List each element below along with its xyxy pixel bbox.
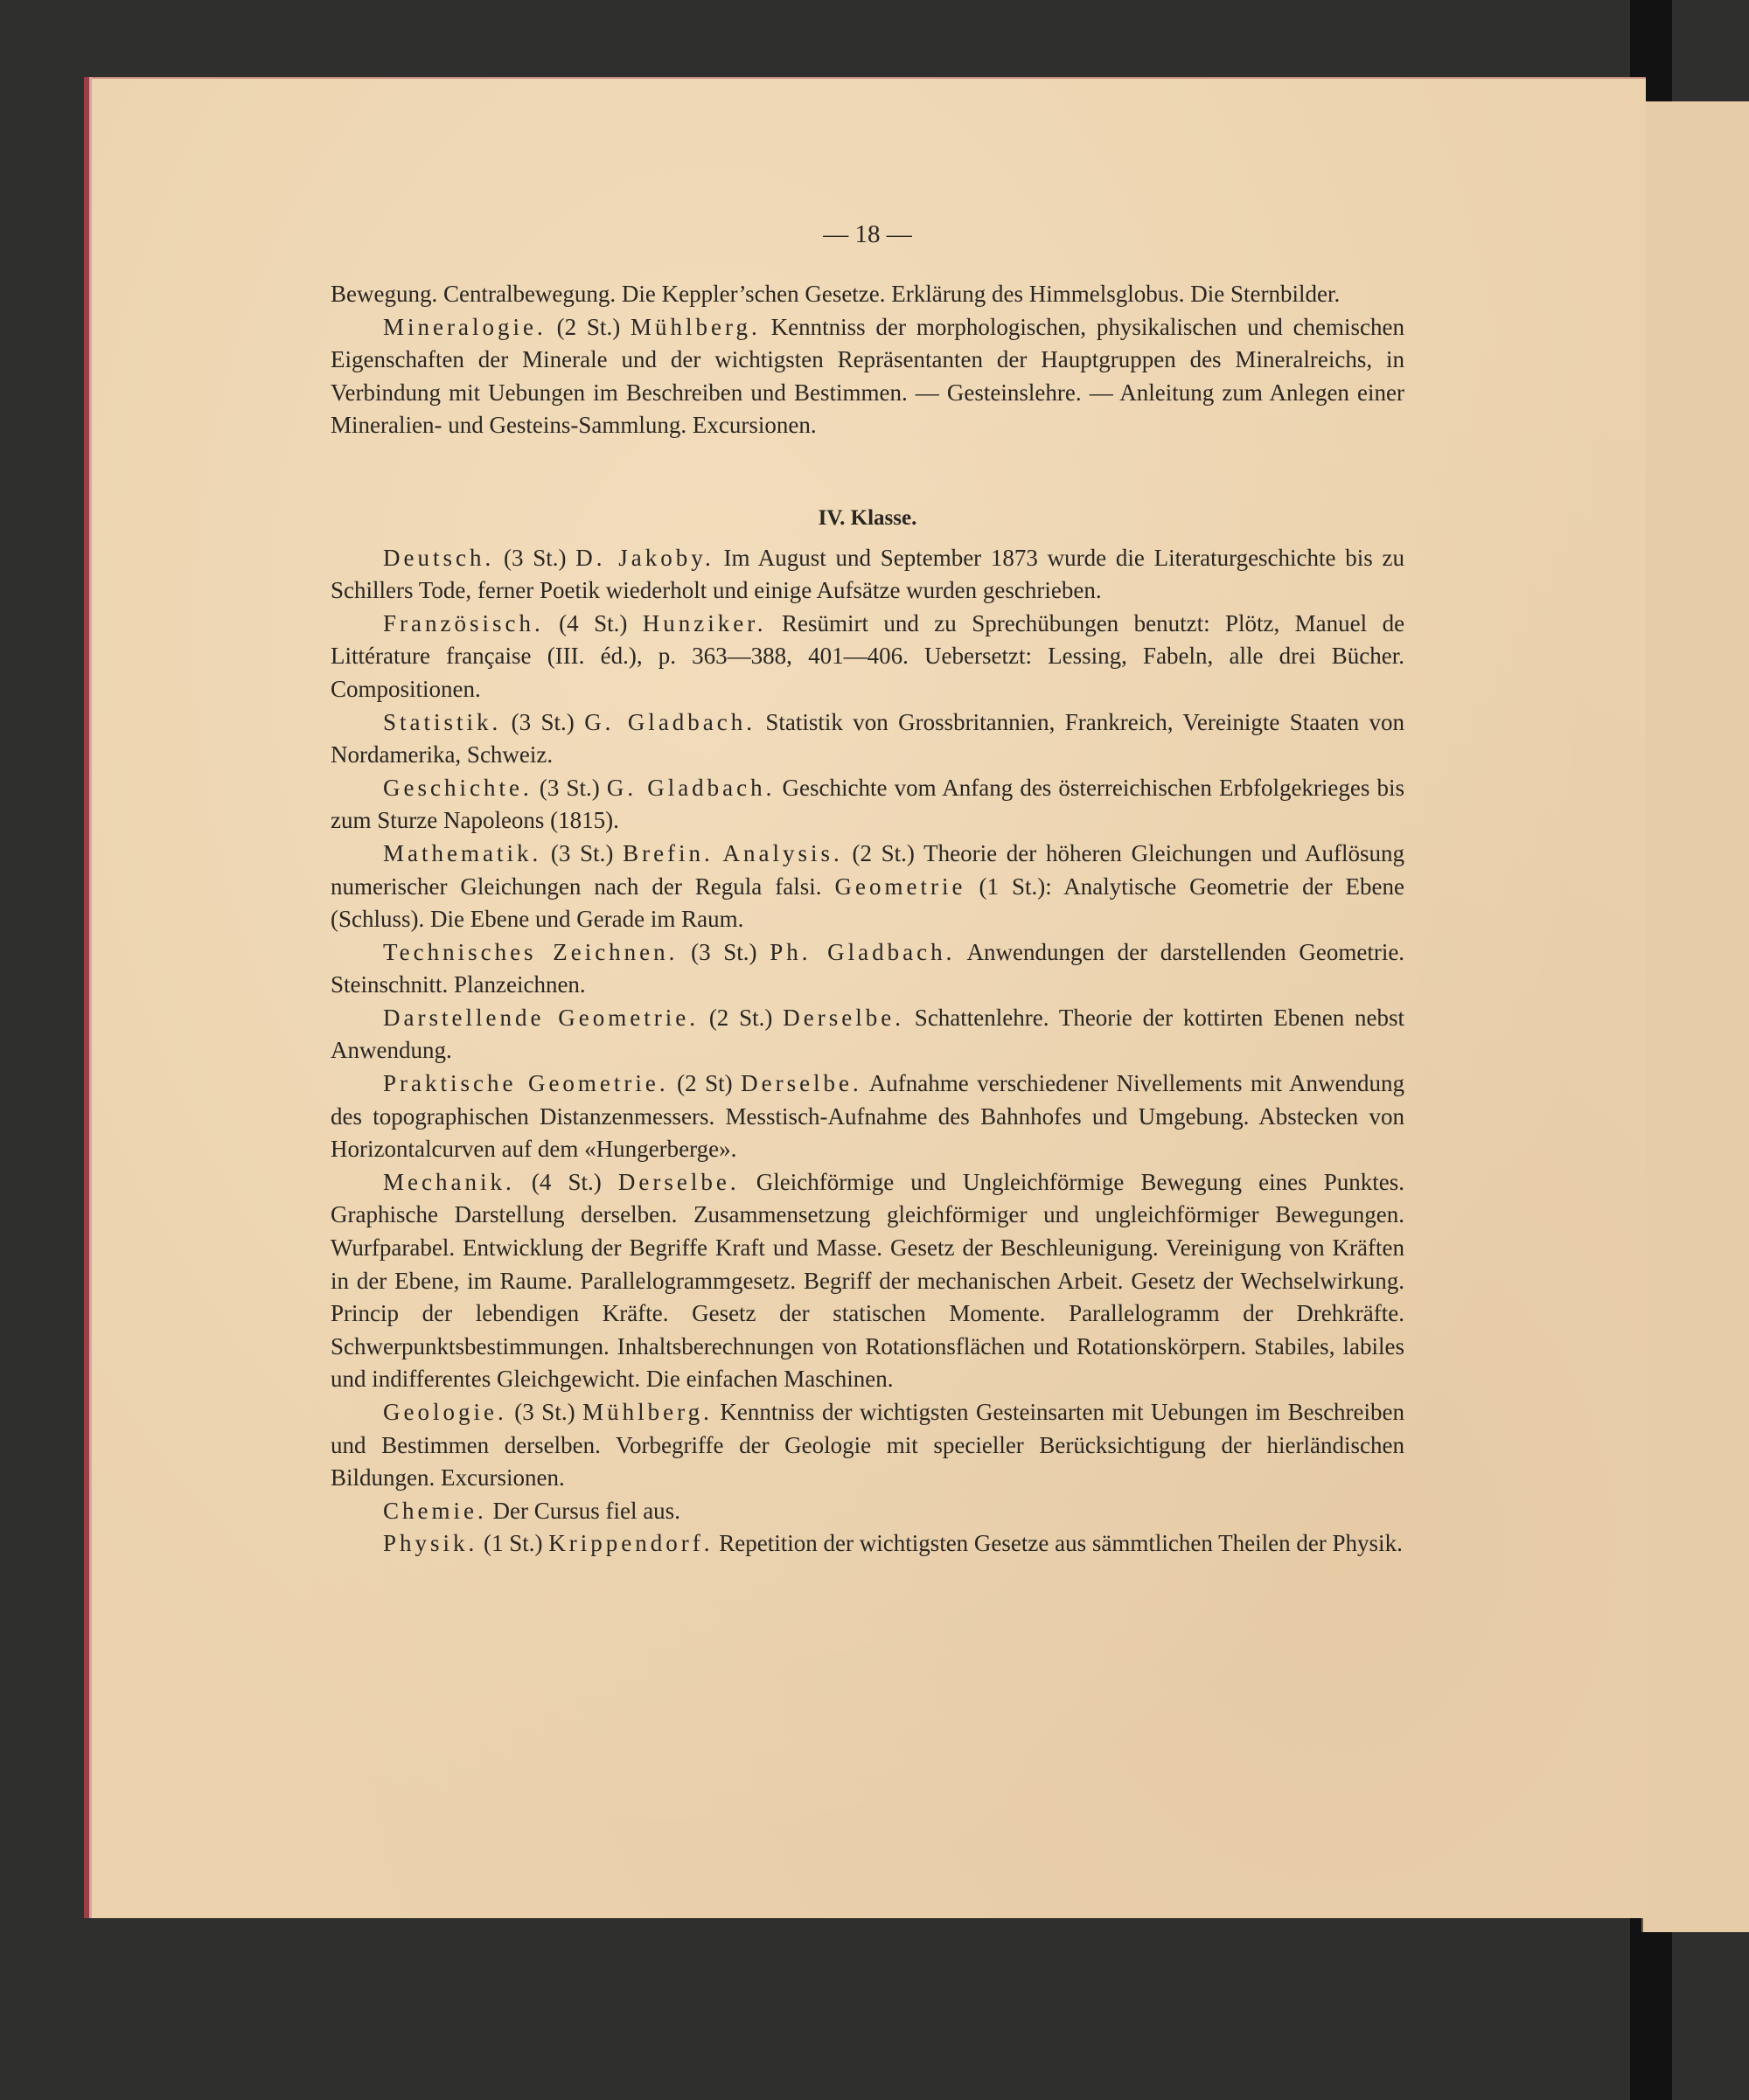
entry-technisches-zeichnen: Technisches Zeichnen. (3 St.) Ph. Gladba… <box>331 936 1404 1002</box>
teacher-name: Derselbe. <box>618 1169 740 1195</box>
subsection-label: Analysis. <box>723 840 843 866</box>
page-number: — 18 — <box>331 220 1404 249</box>
teacher-name: Mühlberg. <box>582 1399 713 1425</box>
facing-page-edge <box>1641 101 1749 1932</box>
subject-name: Darstellende Geometrie. <box>383 1005 699 1031</box>
subject-name: Technisches Zeichnen. <box>383 939 678 965</box>
teacher-name: Hunziker. <box>643 610 767 636</box>
page-body: Bewegung. Centralbewegung. Die Keppler’s… <box>331 278 1404 1561</box>
teacher-name: Brefin. <box>623 840 714 866</box>
entry-franzoesisch: Französisch. (4 St.) Hunziker. Resümirt … <box>331 608 1404 706</box>
teacher-name: Krippendorf. <box>548 1530 713 1556</box>
hours: (2 St.) <box>557 314 621 340</box>
paragraph-text: Der Cursus fiel aus. <box>492 1498 679 1524</box>
subject-name: Deutsch. <box>383 545 494 571</box>
hours: (2 St) <box>677 1070 732 1096</box>
hours: (4 St.) <box>559 610 627 636</box>
teacher-name: G. Gladbach. <box>607 775 776 801</box>
section-heading: IV. Klasse. <box>331 502 1404 535</box>
subject-name: Chemie. <box>383 1498 487 1524</box>
hours: (3 St.) <box>551 840 613 866</box>
teacher-name: Derselbe. <box>741 1070 862 1096</box>
teacher-name: G. Gladbach. <box>584 709 756 735</box>
entry-statistik: Statistik. (3 St.) G. Gladbach. Statisti… <box>331 706 1404 772</box>
subject-name: Mineralogie. <box>383 314 547 340</box>
hours: (3 St.) <box>691 939 756 965</box>
entry-deutsch: Deutsch. (3 St.) D. Jakoby. Im August un… <box>331 542 1404 608</box>
entry-geologie: Geologie. (3 St.) Mühlberg. Kenntniss de… <box>331 1396 1404 1495</box>
entry-darstellende-geometrie: Darstellende Geometrie. (2 St.) Derselbe… <box>331 1002 1404 1067</box>
subsection-label: Geometrie <box>835 873 966 900</box>
entry-praktische-geometrie: Praktische Geometrie. (2 St) Derselbe. A… <box>331 1067 1404 1166</box>
entry-mathematik: Mathematik. (3 St.) Brefin. Analysis. (2… <box>331 838 1404 936</box>
subject-name: Geschichte. <box>383 775 533 801</box>
hours: (2 St.) <box>709 1005 773 1031</box>
teacher-name: Mühlberg. <box>631 314 761 340</box>
hours: (3 St.) <box>514 1399 575 1425</box>
subject-name: Praktische Geometrie. <box>383 1070 669 1096</box>
subject-name: Physik. <box>383 1530 477 1556</box>
teacher-name: Ph. Gladbach. <box>770 939 955 965</box>
entry-physik: Physik. (1 St.) Krippendorf. Repetition … <box>331 1527 1404 1561</box>
continuation-paragraph: Bewegung. Centralbewegung. Die Keppler’s… <box>331 278 1404 311</box>
entry-chemie: Chemie. Der Cursus fiel aus. <box>331 1495 1404 1528</box>
paragraph-text: Repetition der wichtigsten Gesetze aus s… <box>719 1530 1403 1556</box>
paragraph-text: Gleichförmige und Ungleichförmige Bewegu… <box>331 1169 1404 1393</box>
teacher-name: Derselbe. <box>783 1005 904 1031</box>
teacher-name: D. Jakoby. <box>575 545 714 571</box>
paragraph-text: Bewegung. Centralbewegung. Die Keppler’s… <box>331 281 1340 307</box>
hours: (1 St.) <box>484 1530 543 1556</box>
hours: (4 St.) <box>532 1169 602 1195</box>
entry-mechanik: Mechanik. (4 St.) Derselbe. Gleichförmig… <box>331 1166 1404 1396</box>
subject-name: Mathematik. <box>383 840 541 866</box>
subject-name: Mechanik. <box>383 1169 515 1195</box>
subject-name: Französisch. <box>383 610 544 636</box>
hours: (3 St.) <box>512 709 575 735</box>
entry-mineralogie: Mineralogie. (2 St.) Mühlberg. Kenntniss… <box>331 311 1404 442</box>
subject-name: Geologie. <box>383 1399 507 1425</box>
entry-geschichte: Geschichte. (3 St.) G. Gladbach. Geschic… <box>331 772 1404 838</box>
hours: (3 St.) <box>504 545 567 571</box>
hours: (3 St.) <box>540 775 600 801</box>
subject-name: Statistik. <box>383 709 501 735</box>
